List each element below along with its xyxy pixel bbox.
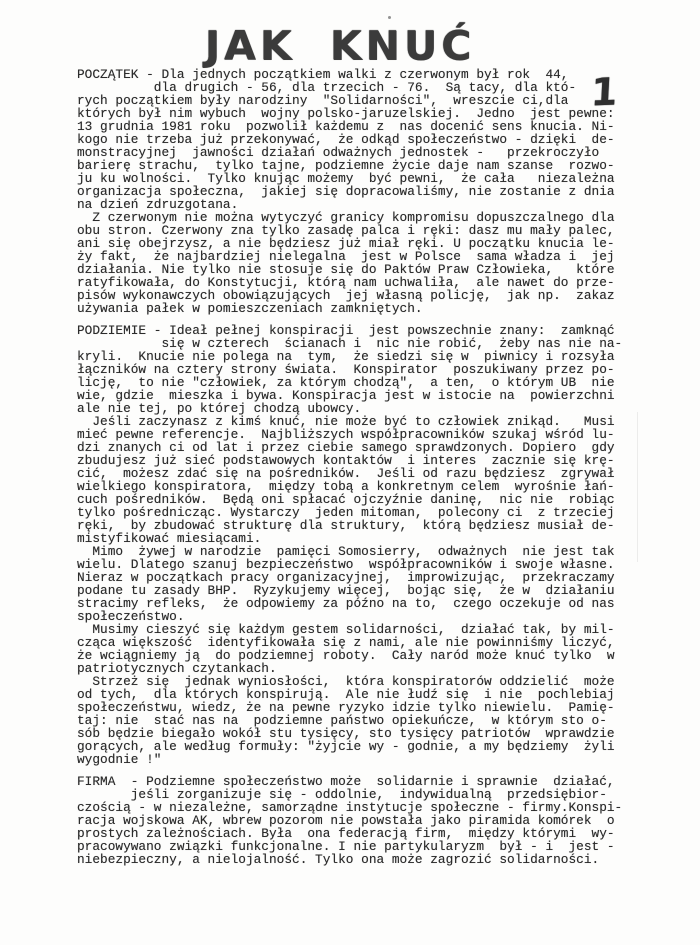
document-body: POCZĄTEK - Dla jednych początkiem walki … bbox=[77, 68, 643, 875]
document-page: JAK KNUĆ 1 POCZĄTEK - Dla jednych począt… bbox=[0, 0, 700, 945]
document-title: JAK KNUĆ bbox=[0, 22, 680, 69]
section-podziemie-text: PODZIEMIE - Ideał pełnej konspiracji jes… bbox=[77, 324, 643, 766]
scan-crease-artifact bbox=[637, 412, 638, 562]
scan-speck-artifact bbox=[388, 16, 391, 19]
section-firma-text: FIRMA - Podziemne społeczeństwo może sol… bbox=[77, 775, 643, 866]
section-poczatek-text: POCZĄTEK - Dla jednych początkiem walki … bbox=[77, 68, 643, 315]
